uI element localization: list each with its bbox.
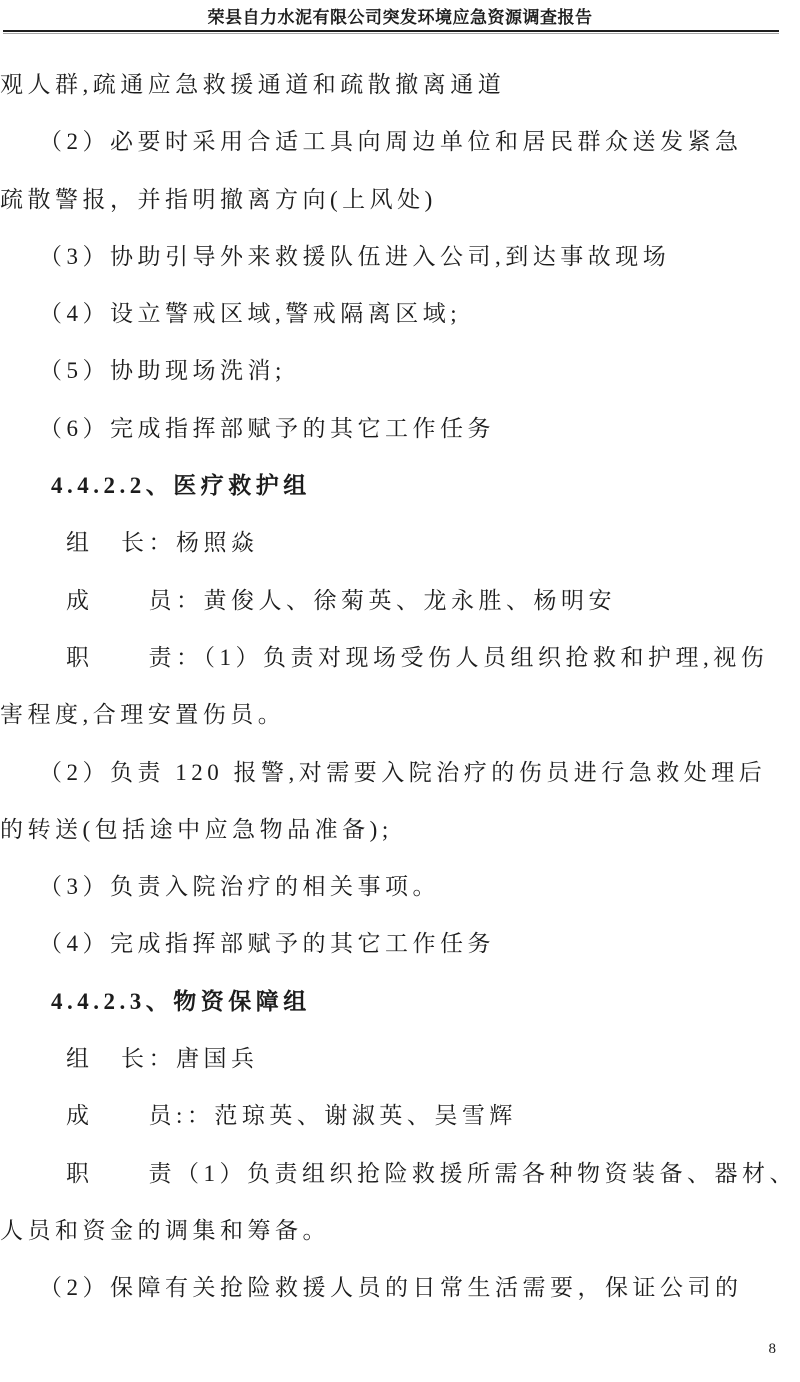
role-line: 成 员:：范琼英、谢淑英、吴雪辉 <box>0 1087 800 1144</box>
role-line: 职 责（1）负责组织抢险救援所需各种物资装备、器材、 <box>0 1145 800 1202</box>
paragraph-line: （3）负责入院治疗的相关事项。 <box>0 858 800 915</box>
paragraph-line: 观人群,疏通应急救援通道和疏散撤离通道 <box>0 56 800 113</box>
paragraph-line: （2）必要时采用合适工具向周边单位和居民群众送发紧急 <box>0 113 800 170</box>
paragraph-line: （4）设立警戒区域,警戒隔离区域; <box>0 285 800 342</box>
paragraph-line: 人员和资金的调集和筹备。 <box>0 1202 800 1259</box>
paragraph-line: （3）协助引导外来救援队伍进入公司,到达事故现场 <box>0 228 800 285</box>
paragraph-line: （5）协助现场洗消; <box>0 342 800 399</box>
paragraph-line: （2）保障有关抢险救援人员的日常生活需要，保证公司的 <box>0 1259 800 1316</box>
role-line: 成 员：黄俊人、徐菊英、龙永胜、杨明安 <box>0 572 800 629</box>
header-title: 荣县自力水泥有限公司突发环境应急资源调查报告 <box>0 7 800 29</box>
paragraph-line: 害程度,合理安置伤员。 <box>0 686 800 743</box>
section-heading: 4.4.2.2、医疗救护组 <box>0 457 800 514</box>
role-line: 职 责：（1）负责对现场受伤人员组织抢救和护理,视伤 <box>0 629 800 686</box>
paragraph-line: 的转送(包括途中应急物品准备); <box>0 801 800 858</box>
paragraph-line: （4）完成指挥部赋予的其它工作任务 <box>0 915 800 972</box>
document-page: 荣县自力水泥有限公司突发环境应急资源调查报告 观人群,疏通应急救援通道和疏散撤离… <box>0 0 800 1382</box>
paragraph-line: （6）完成指挥部赋予的其它工作任务 <box>0 400 800 457</box>
role-line: 组 长：唐国兵 <box>0 1030 800 1087</box>
page-header: 荣县自力水泥有限公司突发环境应急资源调查报告 <box>0 0 800 34</box>
role-line: 组 长：杨照焱 <box>0 514 800 571</box>
page-number: 8 <box>769 1340 777 1358</box>
paragraph-line: （2）负责 120 报警,对需要入院治疗的伤员进行急救处理后 <box>0 744 800 801</box>
paragraph-line: 疏散警报，并指明撤离方向(上风处) <box>0 171 800 228</box>
section-heading: 4.4.2.3、物资保障组 <box>0 973 800 1030</box>
document-body: 观人群,疏通应急救援通道和疏散撤离通道（2）必要时采用合适工具向周边单位和居民群… <box>0 34 800 1317</box>
header-rule-dark <box>3 30 779 32</box>
